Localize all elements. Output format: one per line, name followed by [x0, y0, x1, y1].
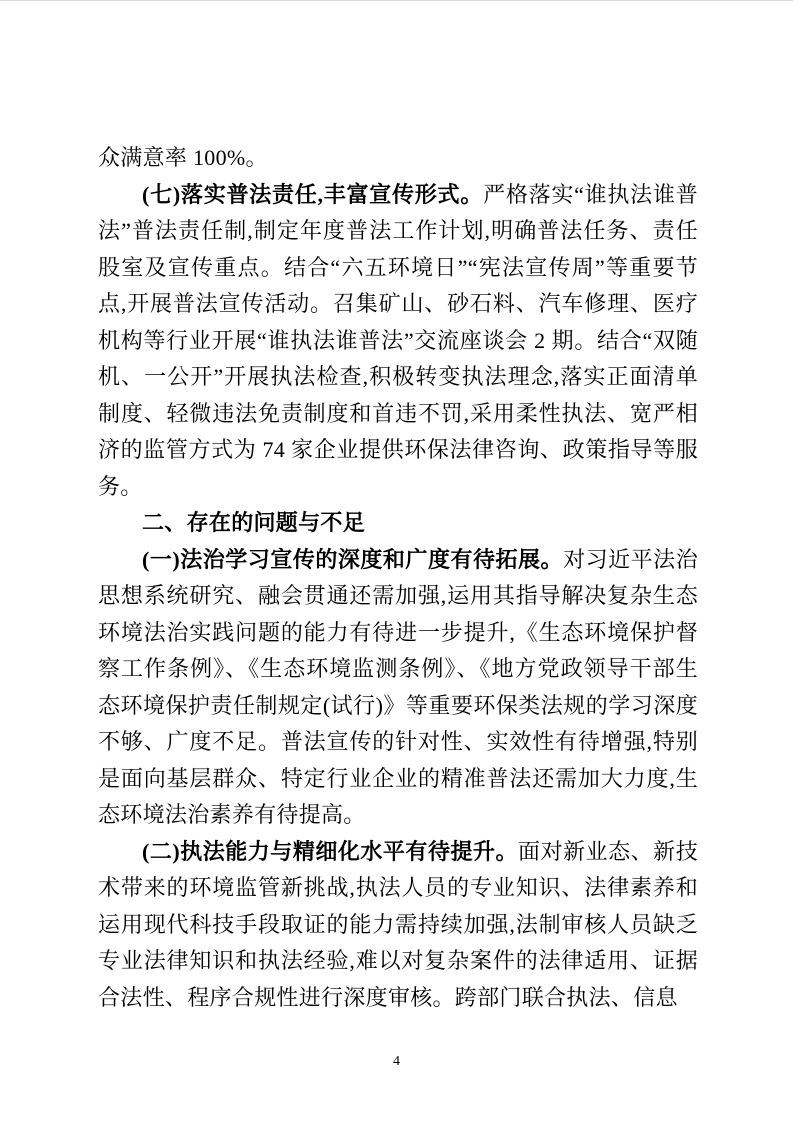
paragraph-text: 众满意率 100%。: [98, 145, 268, 170]
page-top-edge: [0, 0, 793, 1]
paragraph-issue-1: (一)法治学习宣传的深度和广度有待拓展。对习近平法治思想系统研究、融会贯通还需加…: [98, 542, 698, 834]
paragraph-lead: (一)法治学习宣传的深度和广度有待拓展。: [142, 547, 563, 572]
page-number: 4: [393, 1054, 400, 1069]
paragraph-lead: (七)落实普法责任,丰富宣传形式。: [142, 182, 483, 207]
paragraph-continuation: 众满意率 100%。: [98, 140, 698, 177]
section-heading-problems: 二、存在的问题与不足: [98, 505, 698, 542]
paragraph-text: 面对新业态、新技术带来的环境监管新挑战,执法人员的专业知识、法律素养和运用现代科…: [98, 839, 698, 1010]
document-page: 众满意率 100%。 (七)落实普法责任,丰富宣传形式。严格落实“谁执法谁普法”…: [0, 0, 793, 1122]
paragraph-lead: (二)执法能力与精细化水平有待提升。: [142, 839, 518, 864]
paragraph-text: 严格落实“谁执法谁普法”普法责任制,制定年度普法工作计划,明确普法任务、责任股室…: [98, 182, 698, 499]
paragraph-issue-2: (二)执法能力与精细化水平有待提升。面对新业态、新技术带来的环境监管新挑战,执法…: [98, 834, 698, 1017]
paragraph-section-7: (七)落实普法责任,丰富宣传形式。严格落实“谁执法谁普法”普法责任制,制定年度普…: [98, 177, 698, 506]
document-body: 众满意率 100%。 (七)落实普法责任,丰富宣传形式。严格落实“谁执法谁普法”…: [98, 140, 698, 1016]
page-footer: 4: [0, 1052, 793, 1072]
paragraph-text: 对习近平法治思想系统研究、融会贯通还需加强,运用其指导解决复杂生态环境法治实践问…: [98, 547, 698, 828]
